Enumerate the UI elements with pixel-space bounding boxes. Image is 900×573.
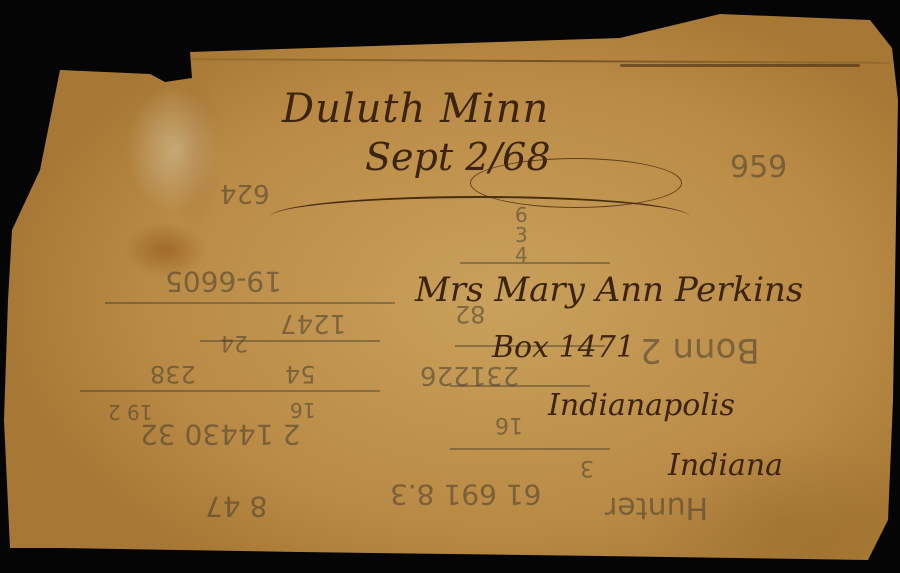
- pencil-rule: [450, 448, 610, 450]
- pencil-number-19-6605: 19-6605: [165, 265, 282, 298]
- pencil-word-hunter: Hunter: [605, 490, 708, 525]
- flap-crease: [620, 64, 860, 67]
- pencil-number-3: 3: [580, 455, 594, 480]
- pencil-rule: [80, 390, 380, 392]
- recipient-name: Mrs Mary Ann Perkins: [415, 270, 803, 310]
- origin-place: Duluth Minn: [282, 86, 549, 132]
- pencil-number-8-47: 8 47: [205, 490, 267, 523]
- pencil-number-16b: 16: [495, 412, 523, 437]
- pencil-number-top-right: 959: [730, 150, 787, 185]
- recipient-city: Indianapolis: [548, 388, 735, 423]
- pencil-number-238: 238: [150, 360, 196, 388]
- pencil-number-54: 54: [285, 360, 316, 388]
- recipient-state: Indiana: [668, 448, 783, 483]
- pencil-number-2-14430-32: 2 14430 32: [140, 418, 300, 451]
- ink-swoop-line: [270, 196, 690, 238]
- pencil-number-624: 624: [220, 178, 270, 208]
- pencil-number-61691: 61 691 8.3: [390, 478, 541, 511]
- pencil-number-1247: 1247: [280, 308, 346, 338]
- pencil-rule: [105, 302, 395, 304]
- pencil-number-24: 24: [220, 330, 248, 355]
- pencil-number-19-2: 19 2: [108, 400, 153, 424]
- pencil-rule: [460, 262, 610, 264]
- recipient-box: Box 1471: [492, 330, 635, 365]
- pencil-rule: [450, 385, 590, 387]
- envelope-photo: 959 624 19-6605 1247 24 54 238 16 2 1443…: [0, 0, 900, 573]
- pencil-word-bonn: Bonn 2: [640, 330, 760, 370]
